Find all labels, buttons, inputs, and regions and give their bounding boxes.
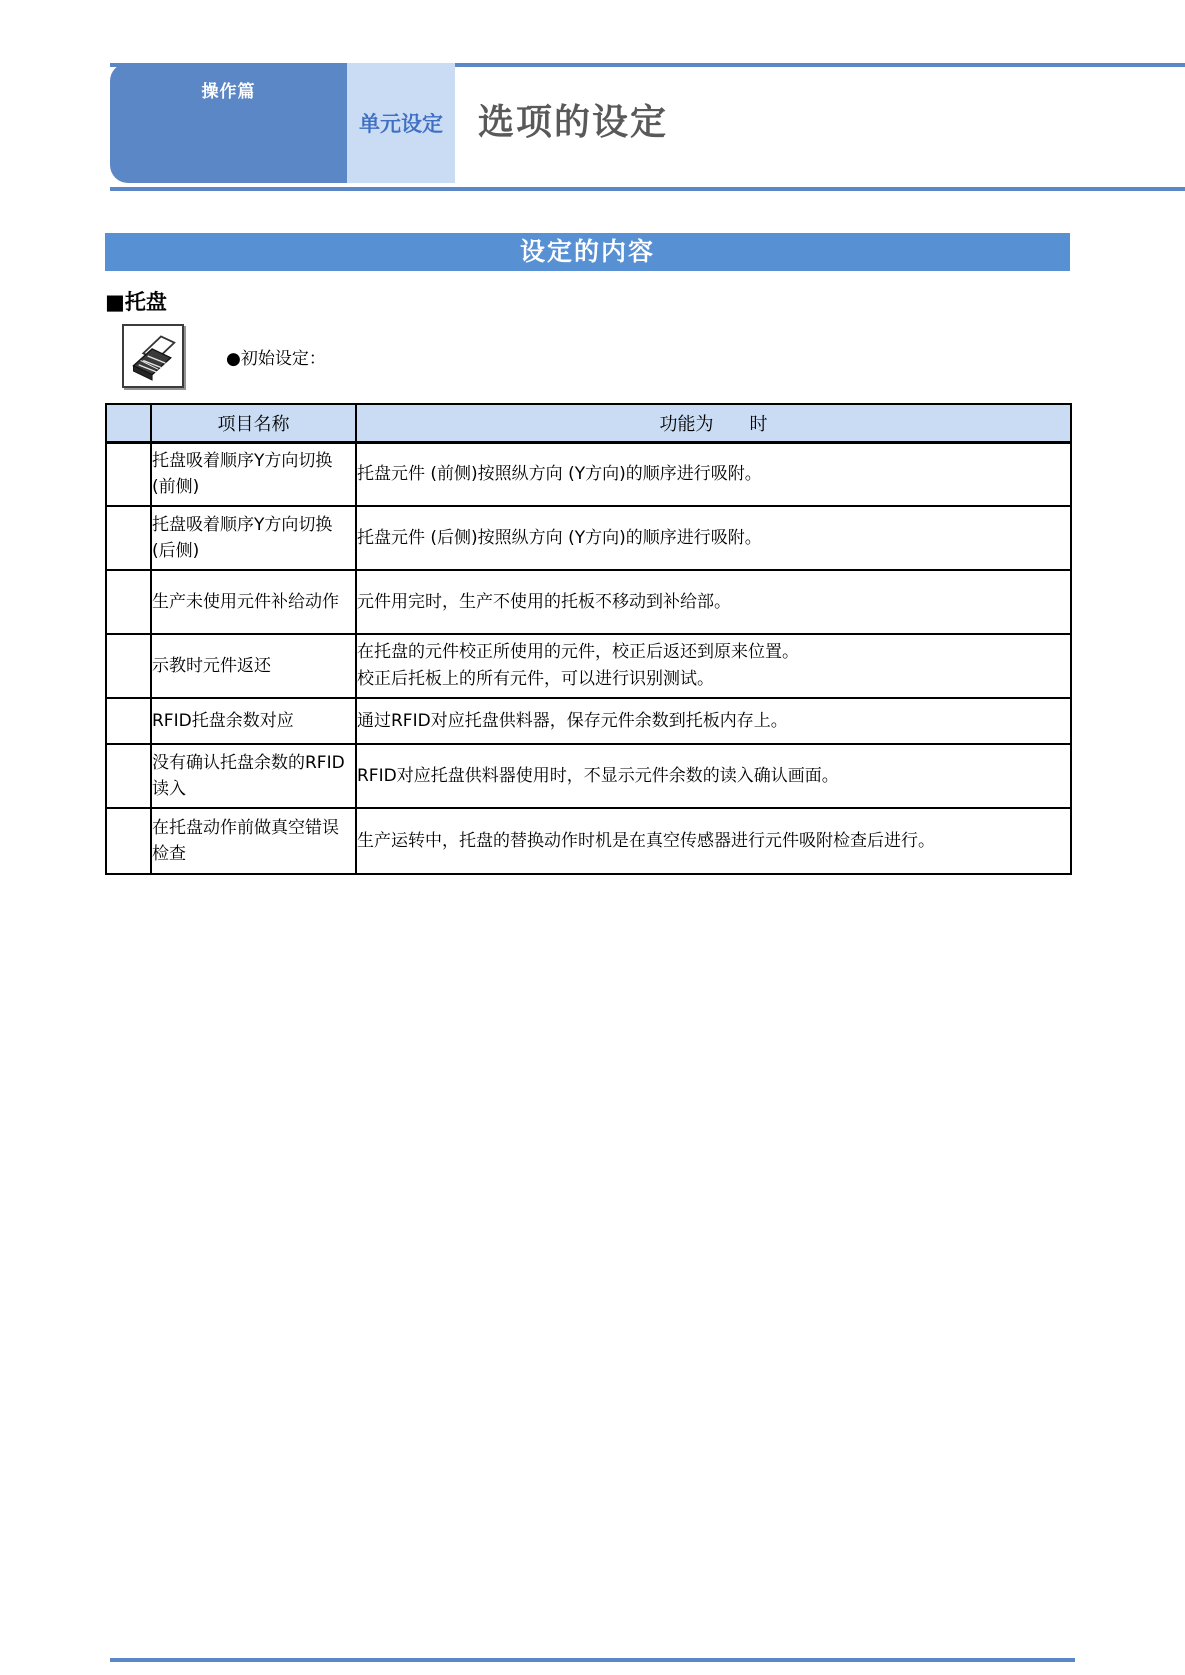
page-title: 选项的设定	[478, 94, 668, 145]
checkbox-cell	[106, 744, 151, 808]
section-heading: ■托盘	[105, 286, 1070, 316]
checkbox-cell	[106, 570, 151, 634]
table-row: 示教时元件返还 在托盘的元件校正所使用的元件，校正后返还到原来位置。 校正后托板…	[106, 634, 1071, 698]
item-name-cell: 托盘吸着顺序Y方向切换(后侧)	[151, 506, 356, 570]
item-name-cell: 在托盘动作前做真空错误检查	[151, 808, 356, 874]
table-header-row: 项目名称 功能为 时	[106, 404, 1071, 442]
table-row: RFID托盘余数对应 通过RFID对应托盘供料器，保存元件余数到托板内存上。	[106, 698, 1071, 744]
checkbox-cell	[106, 808, 151, 874]
checkbox-cell	[106, 442, 151, 506]
checkbox-cell	[106, 506, 151, 570]
chapter-tab: 操作篇	[110, 63, 347, 183]
function-cell: 元件用完时，生产不使用的托板不移动到补给部。	[356, 570, 1071, 634]
function-cell: 在托盘的元件校正所使用的元件，校正后返还到原来位置。 校正后托板上的所有元件，可…	[356, 634, 1071, 698]
item-name-cell: 生产未使用元件补给动作	[151, 570, 356, 634]
section-box: 单元设定	[347, 63, 455, 183]
section-label: 单元设定	[359, 108, 443, 138]
function-cell: 通过RFID对应托盘供料器，保存元件余数到托板内存上。	[356, 698, 1071, 744]
initial-setting-row: ●初始设定：	[105, 322, 1070, 390]
item-name-cell: 没有确认托盘余数的RFID读入	[151, 744, 356, 808]
item-name-cell: 托盘吸着顺序Y方向切换(前侧)	[151, 442, 356, 506]
item-name-cell: RFID托盘余数对应	[151, 698, 356, 744]
function-cell: 托盘元件 (前侧)按照纵方向 (Y方向)的顺序进行吸附。	[356, 442, 1071, 506]
function-cell: 生产运转中，托盘的替换动作时机是在真空传感器进行元件吸附检查后进行。	[356, 808, 1071, 874]
function-cell: RFID对应托盘供料器使用时，不显示元件余数的读入确认画面。	[356, 744, 1071, 808]
footer-rule	[110, 1658, 1075, 1662]
content-area: 设定的内容 ■托盘 ●初始设定： 项目名	[105, 233, 1070, 875]
tray-icon	[122, 324, 184, 388]
column-header-function: 功能为 时	[356, 404, 1071, 442]
checkbox-cell	[106, 634, 151, 698]
checkbox-cell	[106, 698, 151, 744]
table-row: 托盘吸着顺序Y方向切换(后侧) 托盘元件 (后侧)按照纵方向 (Y方向)的顺序进…	[106, 506, 1071, 570]
function-cell: 托盘元件 (后侧)按照纵方向 (Y方向)的顺序进行吸附。	[356, 506, 1071, 570]
table-row: 生产未使用元件补给动作 元件用完时，生产不使用的托板不移动到补给部。	[106, 570, 1071, 634]
table-row: 没有确认托盘余数的RFID读入 RFID对应托盘供料器使用时，不显示元件余数的读…	[106, 744, 1071, 808]
column-header-checkbox	[106, 404, 151, 442]
tray-icon-glyph	[129, 330, 177, 382]
initial-setting-label: ●初始设定：	[226, 344, 326, 369]
settings-table: 项目名称 功能为 时 托盘吸着顺序Y方向切换(前侧) 托盘元件 (前侧)按照纵方…	[105, 403, 1072, 875]
content-banner: 设定的内容	[105, 233, 1070, 271]
manual-page: 操作篇 单元设定 选项的设定 设定的内容 ■托盘 ●初始设定：	[0, 0, 1185, 1675]
table-row: 托盘吸着顺序Y方向切换(前侧) 托盘元件 (前侧)按照纵方向 (Y方向)的顺序进…	[106, 442, 1071, 506]
header-bottom-rule	[110, 187, 1185, 191]
chapter-label: 操作篇	[110, 77, 347, 102]
column-header-item-name: 项目名称	[151, 404, 356, 442]
table-row: 在托盘动作前做真空错误检查 生产运转中，托盘的替换动作时机是在真空传感器进行元件…	[106, 808, 1071, 874]
item-name-cell: 示教时元件返还	[151, 634, 356, 698]
